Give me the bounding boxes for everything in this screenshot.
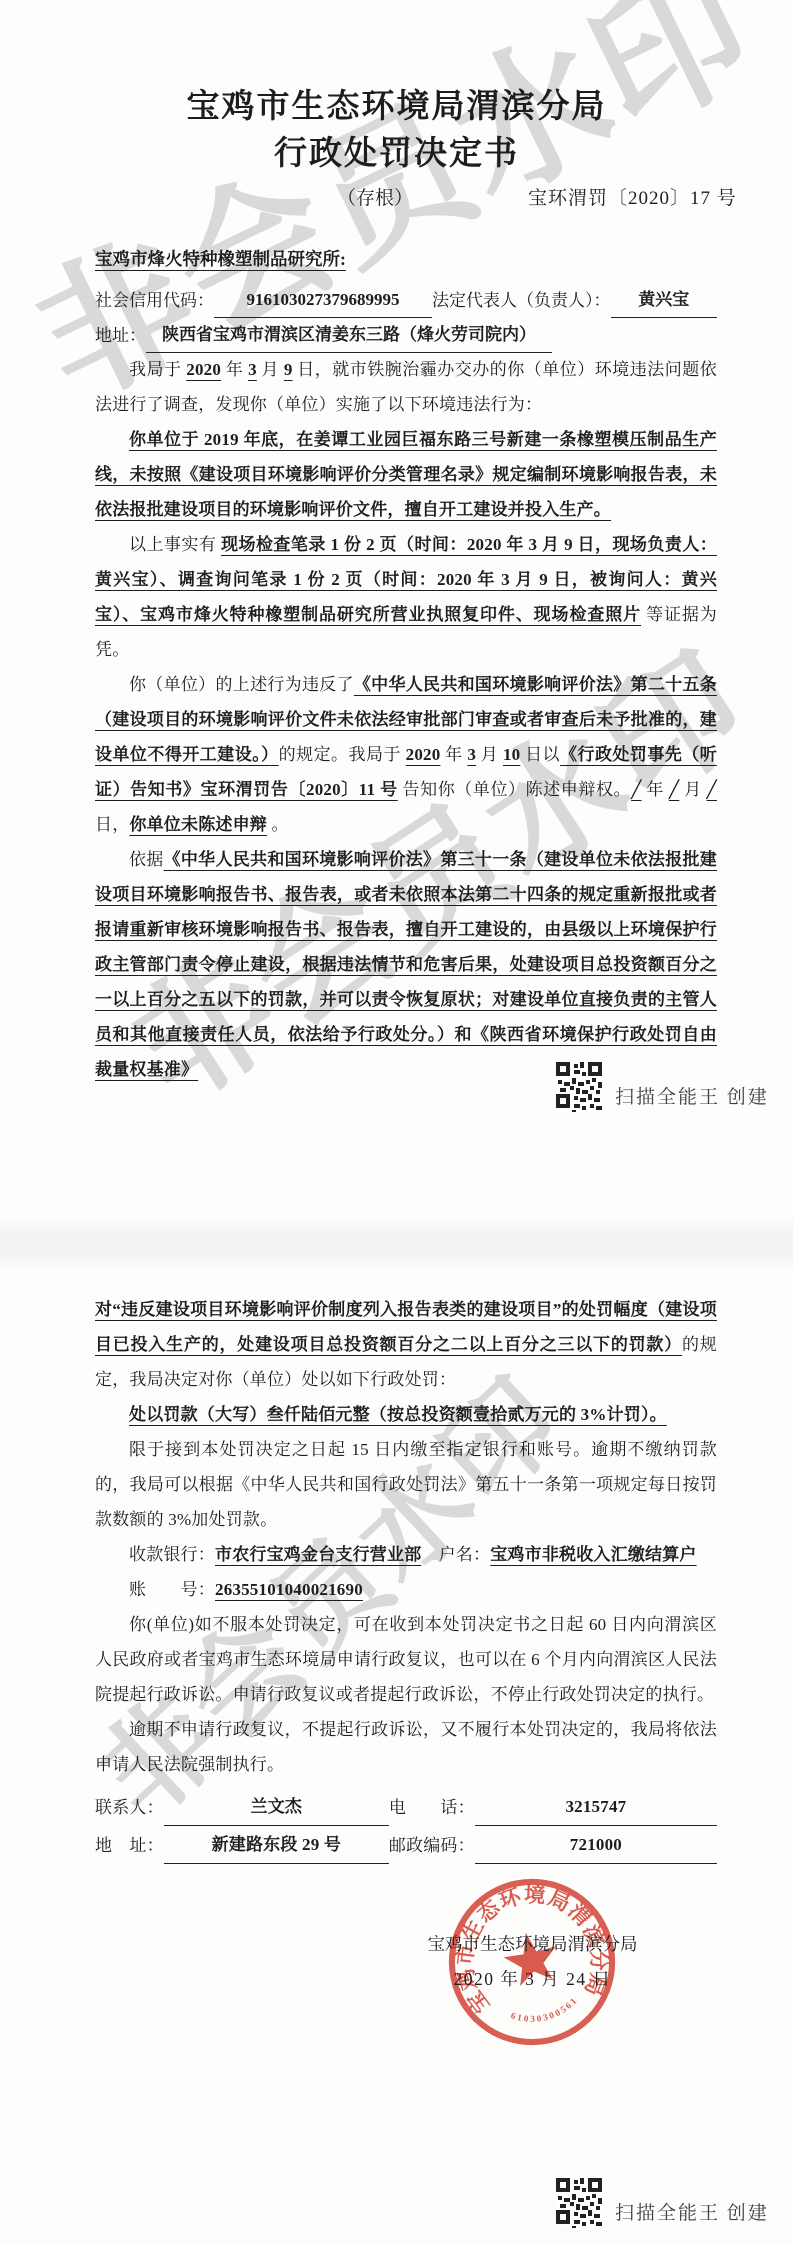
template-text: 日以 bbox=[520, 745, 560, 764]
template-text: 账 号： bbox=[129, 1580, 215, 1599]
office-address-label: 地 址： bbox=[95, 1827, 164, 1864]
template-text: 日， bbox=[95, 815, 129, 834]
phone-label: 电 话： bbox=[389, 1789, 475, 1826]
scanner-app-label: 扫描全能王 创建 bbox=[615, 1082, 769, 1112]
credit-code-row: 社会信用代码： 916103027379689995 法定代表人（负责人）： 黄… bbox=[95, 283, 717, 318]
template-text: 年 bbox=[642, 780, 669, 799]
filled-in-text: 你单位未陈述申辩 bbox=[129, 815, 267, 834]
body-page1: 我局于 2020 年 3 月 9 日，就市铁腕治霾办交办的你（单位）环境违法问题… bbox=[95, 352, 717, 1087]
qr-code-icon bbox=[556, 1062, 602, 1112]
document-title-line1: 宝鸡市生态环境局渭滨分局 bbox=[0, 84, 793, 131]
phone-value: 3215747 bbox=[475, 1788, 717, 1826]
contact-row: 联系人： 兰文杰 电 话： 3215747 bbox=[95, 1788, 717, 1826]
signing-agency: 宝鸡市生态环境局渭滨分局 bbox=[400, 1931, 665, 1956]
paragraph: 你单位于 2019 年底，在姜谭工业园巨福东路三号新建一条橡塑模压制品生产线，未… bbox=[95, 422, 717, 527]
contact-block: 联系人： 兰文杰 电 话： 3215747 地 址： 新建路东段 29 号 邮政… bbox=[95, 1788, 717, 1864]
template-text: 你(单位)如不服本处罚决定，可在收到本处罚决定书之日起 60 日内向渭滨区人民政… bbox=[95, 1615, 717, 1704]
contact-person-label: 联系人： bbox=[95, 1789, 164, 1826]
page-divider bbox=[0, 1214, 793, 1274]
address-row: 地址： 陕西省宝鸡市渭滨区清姜东三路（烽火劳司院内） bbox=[95, 318, 717, 353]
paragraph: 你（单位）的上述行为违反了《中华人民共和国环境影响评价法》第二十五条（建设项目的… bbox=[95, 667, 717, 842]
filled-in-text: 《中华人民共和国环境影响评价法》第三十一条（建设单位未依法报批建设项目环境影响报… bbox=[95, 850, 717, 1079]
template-text: 逾期不申请行政复议，不提起行政诉讼，又不履行本处罚决定的，我局将依法申请人民法院… bbox=[95, 1720, 717, 1774]
office-address-value: 新建路东段 29 号 bbox=[164, 1826, 389, 1864]
filled-in-text: ╱ bbox=[707, 780, 717, 799]
signing-date: 2020 年 3 月 24 日 bbox=[400, 1966, 665, 1991]
template-text: 月 bbox=[476, 745, 503, 764]
template-text: 。 bbox=[267, 815, 289, 834]
paragraph: 限于接到本处罚决定之日起 15 日内缴至指定银行和账号。逾期不缴纳罚款的，我局可… bbox=[95, 1432, 717, 1537]
contact-person-value: 兰文杰 bbox=[164, 1788, 389, 1826]
body-page2: 对“违反建设项目环境影响评价制度列入报告表类的建设项目”的处罚幅度（建设项目已投… bbox=[95, 1292, 717, 1864]
filled-in-text: 10 bbox=[503, 745, 520, 764]
filled-in-text: 3 bbox=[467, 745, 476, 764]
stub-label: （存根） bbox=[337, 183, 413, 210]
template-text: 年 bbox=[221, 360, 248, 379]
paragraph: 处以罚款（大写）叁仟陆佰元整（按总投资额壹拾贰万元的 3%计罚）。 bbox=[95, 1397, 717, 1432]
address-value: 陕西省宝鸡市渭滨区清姜东三路（烽火劳司院内） bbox=[146, 318, 552, 353]
official-seal: 宝鸡市生态环境局渭滨分局 6103030056161 bbox=[428, 1858, 637, 2067]
document-number: 宝环渭罚〔2020〕17 号 bbox=[528, 183, 737, 210]
template-text: 你（单位）的上述行为违反了 bbox=[129, 675, 354, 694]
document-title: 宝鸡市生态环境局渭滨分局 行政处罚决定书 bbox=[0, 84, 793, 178]
template-text: 月 bbox=[679, 780, 706, 799]
recipient-info: 社会信用代码： 916103027379689995 法定代表人（负责人）： 黄… bbox=[95, 283, 717, 353]
template-text: 我局于 bbox=[129, 360, 186, 379]
filled-in-text: 处以罚款（大写）叁仟陆佰元整（按总投资额壹拾贰万元的 3%计罚）。 bbox=[129, 1405, 667, 1424]
paragraph: 我局于 2020 年 3 月 9 日，就市铁腕治霾办交办的你（单位）环境违法问题… bbox=[95, 352, 717, 422]
legal-rep-value: 黄兴宝 bbox=[611, 283, 718, 318]
template-text: 月 bbox=[257, 360, 284, 379]
paragraph: 对“违反建设项目环境影响评价制度列入报告表类的建设项目”的处罚幅度（建设项目已投… bbox=[95, 1292, 717, 1397]
paragraph: 你(单位)如不服本处罚决定，可在收到本处罚决定书之日起 60 日内向渭滨区人民政… bbox=[95, 1607, 717, 1712]
scanned-document-page: 非会员水印 非会员水印 非会员水印 宝鸡市生态环境局渭滨分局 行政处罚决定书 （… bbox=[0, 0, 793, 2244]
filled-in-text: 2020 bbox=[406, 745, 441, 764]
template-text: 的规定。我局于 bbox=[279, 745, 406, 764]
filled-in-text: ╱ bbox=[631, 780, 641, 799]
legal-rep-label: 法定代表人（负责人）： bbox=[432, 284, 611, 318]
filled-in-text: ╱ bbox=[669, 780, 679, 799]
template-text: 告知你（单位）陈述申辩权。 bbox=[398, 780, 631, 799]
template-text: 以上事实有 bbox=[129, 535, 221, 554]
template-text: 依据 bbox=[129, 850, 164, 869]
filled-in-text: 对“违反建设项目环境影响评价制度列入报告表类的建设项目”的处罚幅度（建设项目已投… bbox=[95, 1300, 717, 1354]
paragraph: 收款银行：市农行宝鸡金台支行营业部 户名：宝鸡市非税收入汇缴结算户 bbox=[95, 1537, 717, 1572]
template-text: 收款银行： bbox=[129, 1545, 215, 1564]
contact-row: 地 址： 新建路东段 29 号 邮政编码： 721000 bbox=[95, 1826, 717, 1864]
postcode-label: 邮政编码： bbox=[389, 1827, 475, 1864]
filled-in-text: 26355101040021690 bbox=[215, 1580, 363, 1599]
qr-code-icon bbox=[556, 2178, 602, 2228]
credit-code-value: 916103027379689995 bbox=[214, 283, 432, 318]
filled-in-text: 你单位于 2019 年底，在姜谭工业园巨福东路三号新建一条橡塑模压制品生产线，未… bbox=[95, 430, 717, 519]
paragraph: 账 号：26355101040021690 bbox=[95, 1572, 717, 1607]
filled-in-text: 3 bbox=[248, 360, 257, 379]
scanner-app-label: 扫描全能王 创建 bbox=[615, 2198, 769, 2228]
template-text: 户名： bbox=[421, 1545, 490, 1564]
scanner-footer: 扫描全能王 创建 bbox=[556, 2178, 769, 2228]
recipient-name: 宝鸡市烽火特种橡塑制品研究所: bbox=[95, 246, 346, 271]
paragraph: 逾期不申请行政复议，不提起行政诉讼，又不履行本处罚决定的，我局将依法申请人民法院… bbox=[95, 1712, 717, 1782]
template-text: 限于接到本处罚决定之日起 15 日内缴至指定银行和账号。逾期不缴纳罚款的，我局可… bbox=[95, 1440, 717, 1529]
paragraph: 依据《中华人民共和国环境影响评价法》第三十一条（建设单位未依法报批建设项目环境影… bbox=[95, 842, 717, 1087]
filled-in-text: 市农行宝鸡金台支行营业部 bbox=[215, 1545, 421, 1564]
template-text: 年 bbox=[440, 745, 467, 764]
paragraph: 以上事实有 现场检查笔录 1 份 2 页（时间：2020 年 3 月 9 日，现… bbox=[95, 527, 717, 667]
address-label: 地址： bbox=[95, 319, 146, 353]
credit-code-label: 社会信用代码： bbox=[95, 284, 214, 318]
scanner-footer: 扫描全能王 创建 bbox=[556, 1062, 769, 1112]
filled-in-text: 2020 bbox=[186, 360, 221, 379]
filled-in-text: 9 bbox=[284, 360, 293, 379]
document-title-line2: 行政处罚决定书 bbox=[0, 131, 793, 178]
filled-in-text: 宝鸡市非税收入汇缴结算户 bbox=[490, 1545, 696, 1564]
